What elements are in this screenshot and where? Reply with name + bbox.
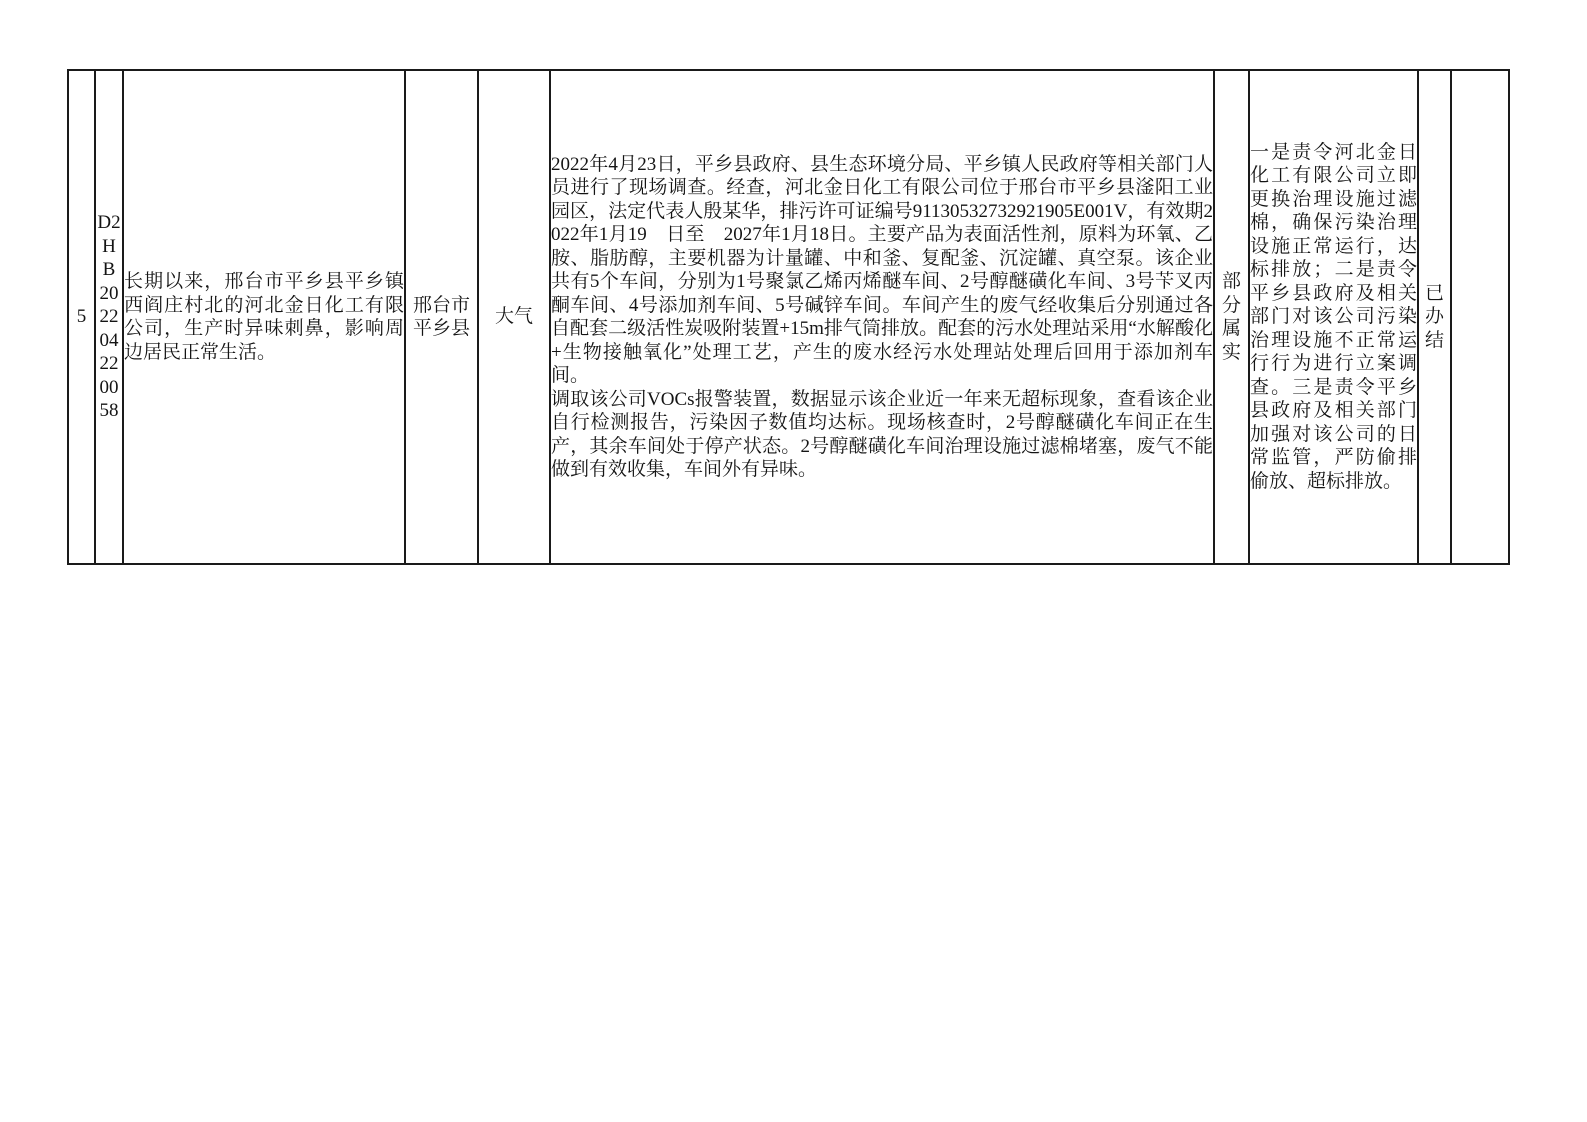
document-page: 5 D2 HB 20 22 04 22 00 58 长期以来，邢台市平乡县平乡镇… xyxy=(67,69,1510,565)
cell-status: 已 办 结 xyxy=(1418,70,1451,564)
complaint-record-table: 5 D2 HB 20 22 04 22 00 58 长期以来，邢台市平乡县平乡镇… xyxy=(67,69,1510,565)
cell-verification-result: 部 分 属 实 xyxy=(1214,70,1249,564)
cell-complaint-text: 长期以来，邢台市平乡县平乡镇西阎庄村北的河北金日化工有限公司，生产时异味刺鼻，影… xyxy=(123,70,405,564)
cell-handling-measures: 一是责令河北金日化工有限公司立即更换治理设施过滤棉，确保污染治理设施正常运行，达… xyxy=(1249,70,1418,564)
cell-case-number: D2 HB 20 22 04 22 00 58 xyxy=(95,70,123,564)
table-row: 5 D2 HB 20 22 04 22 00 58 长期以来，邢台市平乡县平乡镇… xyxy=(68,70,1509,564)
cell-remark-empty xyxy=(1451,70,1509,564)
cell-pollution-type: 大气 xyxy=(478,70,550,564)
cell-investigation-findings: 2022年4月23日，平乡县政府、县生态环境分局、平乡镇人民政府等相关部门人员进… xyxy=(550,70,1214,564)
cell-location: 邢台市 平乡县 xyxy=(405,70,478,564)
cell-row-index: 5 xyxy=(68,70,95,564)
